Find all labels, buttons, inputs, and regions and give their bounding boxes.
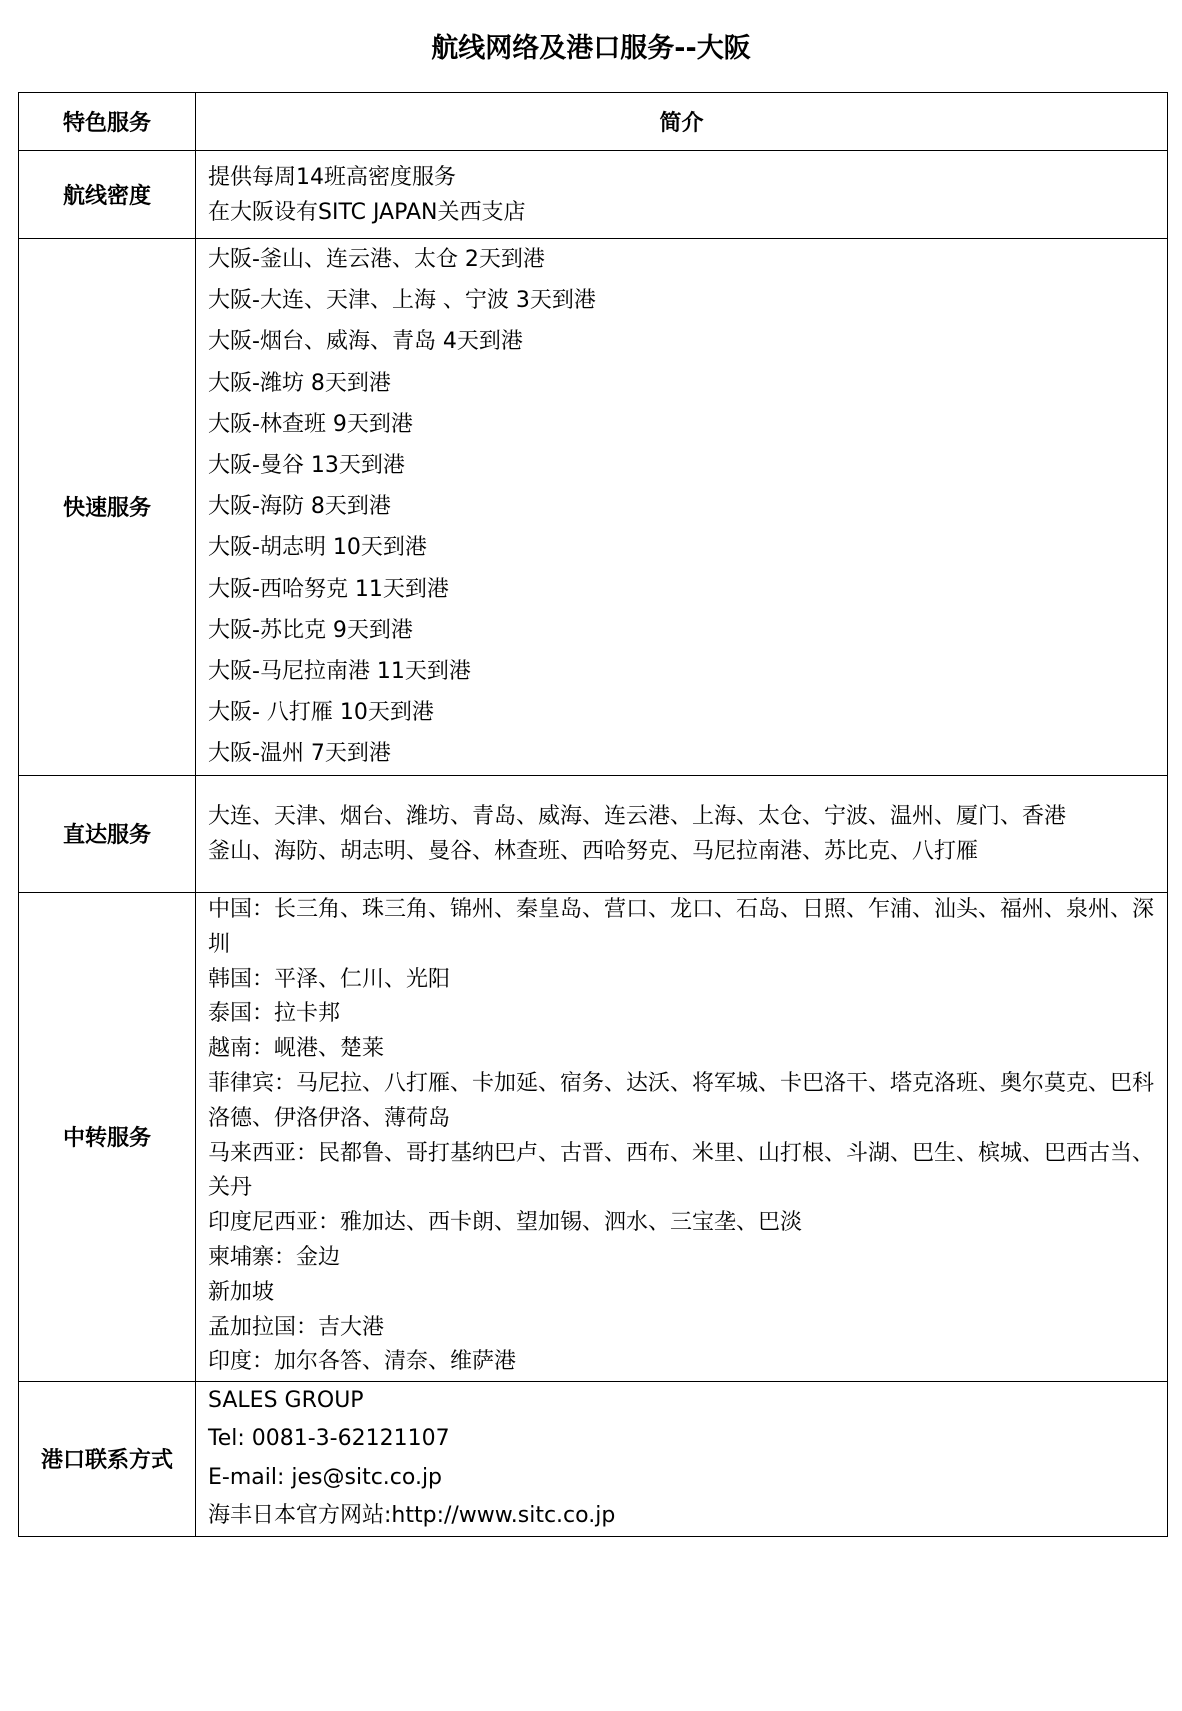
- transfer-country-indonesia: 印度尼西亚：雅加达、西卡朗、望加锡、泗水、三宝垄、巴淡: [208, 1206, 1155, 1241]
- transfer-country-philippines: 菲律宾：马尼拉、八打雁、卡加延、宿务、达沃、将军城、卡巴洛干、塔克洛班、奥尔莫克…: [208, 1067, 1155, 1137]
- express-route: 大阪-胡志明 10天到港: [208, 527, 1155, 568]
- table-row-density: 航线密度 提供每周14班高密度服务 在大阪设有SITC JAPAN关西支店: [19, 151, 1168, 239]
- row-content-direct: 大连、天津、烟台、潍坊、青岛、威海、连云港、上海、太仓、宁波、温州、厦门、香港 …: [196, 775, 1168, 892]
- table-row-direct: 直达服务 大连、天津、烟台、潍坊、青岛、威海、连云港、上海、太仓、宁波、温州、厦…: [19, 775, 1168, 892]
- column-header-description: 简介: [196, 93, 1168, 151]
- contact-group: SALES GROUP: [208, 1382, 1155, 1421]
- table-row-transfer: 中转服务 中国：长三角、珠三角、锦州、秦皇岛、营口、龙口、石岛、日照、乍浦、汕头…: [19, 892, 1168, 1381]
- transfer-country-singapore: 新加坡: [208, 1276, 1155, 1311]
- direct-ports-china: 大连、天津、烟台、潍坊、青岛、威海、连云港、上海、太仓、宁波、温州、厦门、香港: [208, 799, 1155, 834]
- express-route: 大阪-釜山、连云港、太仓 2天到港: [208, 239, 1155, 280]
- express-route: 大阪-苏比克 9天到港: [208, 610, 1155, 651]
- express-route: 大阪-林查班 9天到港: [208, 404, 1155, 445]
- express-route: 大阪-温州 7天到港: [208, 733, 1155, 774]
- row-label-transfer: 中转服务: [19, 892, 196, 1381]
- express-route: 大阪-海防 8天到港: [208, 486, 1155, 527]
- row-content-contact: SALES GROUP Tel: 0081-3-62121107 E-mail:…: [196, 1381, 1168, 1536]
- contact-phone: Tel: 0081-3-62121107: [208, 1420, 1155, 1459]
- express-route: 大阪-马尼拉南港 11天到港: [208, 651, 1155, 692]
- transfer-country-korea: 韩国：平泽、仁川、光阳: [208, 963, 1155, 998]
- transfer-country-bangladesh: 孟加拉国：吉大港: [208, 1311, 1155, 1346]
- row-label-contact: 港口联系方式: [19, 1381, 196, 1536]
- express-route: 大阪-烟台、威海、青岛 4天到港: [208, 321, 1155, 362]
- transfer-country-india: 印度：加尔各答、清奈、维萨港: [208, 1345, 1155, 1380]
- transfer-country-thailand: 泰国：拉卡邦: [208, 997, 1155, 1032]
- row-content-density: 提供每周14班高密度服务 在大阪设有SITC JAPAN关西支店: [196, 151, 1168, 239]
- page-title: 航线网络及港口服务--大阪: [0, 26, 1182, 65]
- row-content-express: 大阪-釜山、连云港、太仓 2天到港 大阪-大连、天津、上海 、宁波 3天到港 大…: [196, 239, 1168, 776]
- column-header-feature: 特色服务: [19, 93, 196, 151]
- contact-email: E-mail: jes@sitc.co.jp: [208, 1459, 1155, 1498]
- row-label-express: 快速服务: [19, 239, 196, 776]
- express-route: 大阪-潍坊 8天到港: [208, 363, 1155, 404]
- row-content-transfer: 中国：长三角、珠三角、锦州、秦皇岛、营口、龙口、石岛、日照、乍浦、汕头、福州、泉…: [196, 892, 1168, 1381]
- table-row-contact: 港口联系方式 SALES GROUP Tel: 0081-3-62121107 …: [19, 1381, 1168, 1536]
- table-row-express: 快速服务 大阪-釜山、连云港、太仓 2天到港 大阪-大连、天津、上海 、宁波 3…: [19, 239, 1168, 776]
- row-label-direct: 直达服务: [19, 775, 196, 892]
- express-route: 大阪-西哈努克 11天到港: [208, 569, 1155, 610]
- transfer-country-cambodia: 柬埔寨：金边: [208, 1241, 1155, 1276]
- table-header-row: 特色服务 简介: [19, 93, 1168, 151]
- express-route: 大阪-大连、天津、上海 、宁波 3天到港: [208, 280, 1155, 321]
- transfer-country-malaysia: 马来西亚：民都鲁、哥打基纳巴卢、古晋、西布、米里、山打根、斗湖、巴生、槟城、巴西…: [208, 1137, 1155, 1207]
- density-line: 在大阪设有SITC JAPAN关西支店: [208, 195, 1155, 230]
- express-route: 大阪-曼谷 13天到港: [208, 445, 1155, 486]
- express-route: 大阪- 八打雁 10天到港: [208, 692, 1155, 733]
- direct-ports-overseas: 釜山、海防、胡志明、曼谷、林查班、西哈努克、马尼拉南港、苏比克、八打雁: [208, 834, 1155, 869]
- row-label-density: 航线密度: [19, 151, 196, 239]
- contact-website: 海丰日本官方网站:http://www.sitc.co.jp: [208, 1497, 1155, 1536]
- density-line: 提供每周14班高密度服务: [208, 160, 1155, 195]
- transfer-country-vietnam: 越南：岘港、楚莱: [208, 1032, 1155, 1067]
- service-table: 特色服务 简介 航线密度 提供每周14班高密度服务 在大阪设有SITC JAPA…: [18, 92, 1168, 1537]
- transfer-country-china: 中国：长三角、珠三角、锦州、秦皇岛、营口、龙口、石岛、日照、乍浦、汕头、福州、泉…: [208, 893, 1155, 963]
